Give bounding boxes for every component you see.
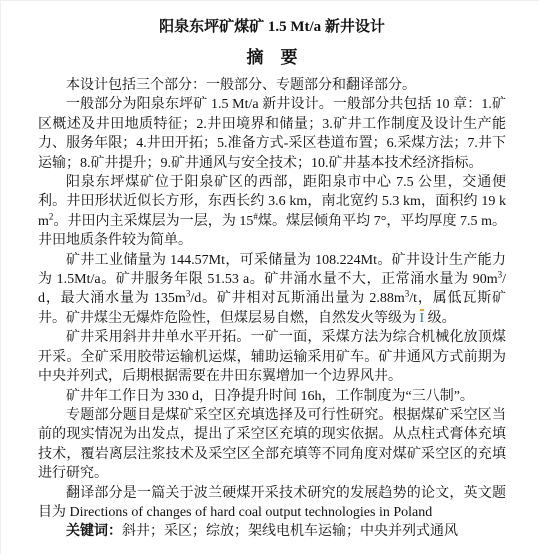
para-general-part: 一般部分为阳泉东坪矿 1.5 Mt/a 新井设计。一般部分共包括 10 章：1.… bbox=[38, 95, 506, 173]
para-location-segment: 。井田内主采煤层为一层，为 15 bbox=[53, 214, 253, 229]
para-reserves-segment: /d。矿井相对瓦斯涌出量为 2.88m bbox=[190, 291, 404, 306]
abstract-body: 本设计包括三个部分：一般部分、专题部分和翻译部分。一般部分为阳泉东坪矿 1.5 … bbox=[38, 76, 506, 542]
para-keywords: 关键词：斜井；采区；综放；架线电机车运输；中央并列式通风 bbox=[38, 522, 506, 541]
para-work-schedule: 矿井年工作日为 330 d，日净提升时间 16h，工作制度为“三八制”。 bbox=[38, 387, 506, 406]
para-reserves: 矿井工业储量为 144.57Mt，可采储量为 108.224Mt。矿井设计生产能… bbox=[38, 251, 506, 329]
para-work-schedule-segment: 矿井年工作日为 330 d，日净提升时间 16h，工作制度为“三八制”。 bbox=[66, 389, 474, 404]
para-general-part-segment: 一般部分为阳泉东坪矿 1.5 Mt/a 新井设计。一般部分共包括 10 章：1.… bbox=[38, 97, 506, 170]
para-special-topic: 专题部分题目是煤矿采空区充填选择及可行性研究。根据煤矿采空区当前的现实情况为出发… bbox=[38, 406, 506, 484]
para-keywords-segment: 斜井；采区；综放；架线电机车运输；中央并列式通风 bbox=[122, 524, 458, 539]
para-translation: 翻译部分是一篇关于波兰硬煤开采技术研究的发展趋势的论文，英文题目为 Direct… bbox=[38, 484, 506, 523]
document-title: 阳泉东坪矿煤矿 1.5 Mt/a 新井设计 bbox=[38, 15, 506, 36]
para-development-segment: 矿井采用斜井井单水平开拓。一矿一面，采煤方法为综合机械化放顶煤开采。全矿采用胶带… bbox=[38, 330, 506, 384]
document-page: 阳泉东坪矿煤矿 1.5 Mt/a 新井设计 摘 要 本设计包括三个部分：一般部分… bbox=[0, 0, 539, 554]
abstract-heading: 摘 要 bbox=[38, 43, 506, 68]
para-special-topic-segment: 专题部分题目是煤矿采空区充填选择及可行性研究。根据煤矿采空区当前的现实情况为出发… bbox=[38, 408, 506, 481]
para-keywords-segment: 关键词： bbox=[66, 524, 122, 539]
para-development: 矿井采用斜井井单水平开拓。一矿一面，采煤方法为综合机械化放顶煤开采。全矿采用胶带… bbox=[38, 328, 506, 386]
para-location: 阳泉东坪煤矿位于阳泉矿区的西部，距阳泉市中心 7.5 公里，交通便利。井田形状近… bbox=[38, 173, 506, 251]
para-overview-segment: 本设计包括三个部分：一般部分、专题部分和翻译部分。 bbox=[66, 78, 416, 93]
para-reserves-segment: 级。 bbox=[424, 311, 456, 326]
para-overview: 本设计包括三个部分：一般部分、专题部分和翻译部分。 bbox=[38, 76, 506, 95]
para-reserves-segment: 矿井工业储量为 144.57Mt，可采储量为 108.224Mt。矿井设计生产能… bbox=[38, 253, 506, 287]
para-translation-segment: 翻译部分是一篇关于波兰硬煤开采技术研究的发展趋势的论文，英文题目为 Direct… bbox=[38, 486, 506, 520]
